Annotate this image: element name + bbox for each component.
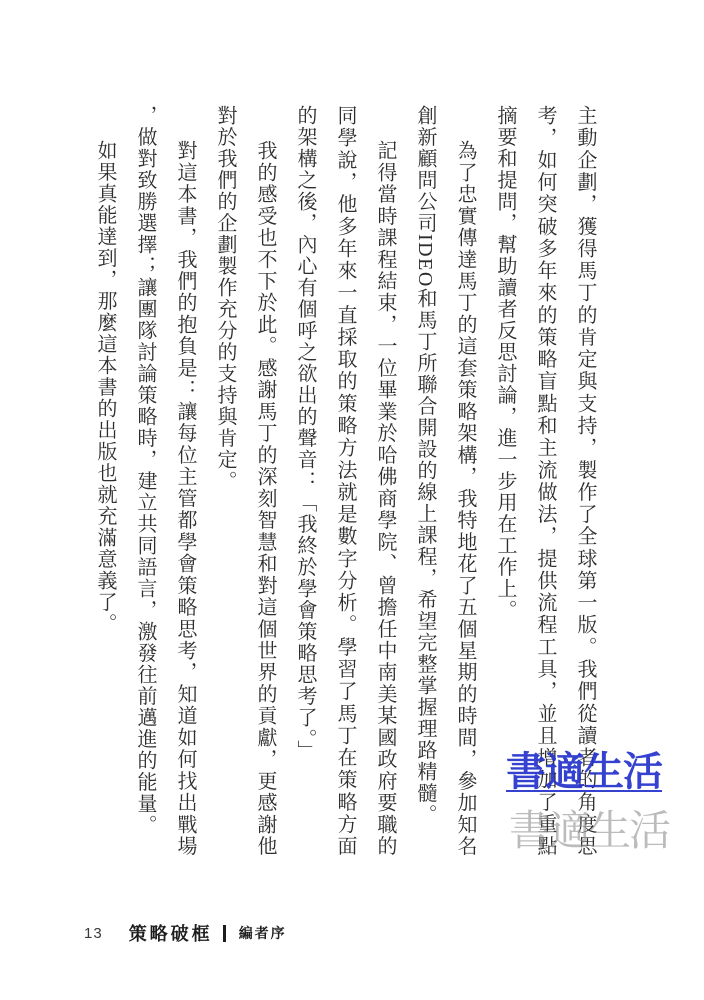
section-title: 編者序	[239, 923, 287, 943]
paragraph: 我的感受也不下於此。感謝馬丁的深刻智慧和對這個世界的貢獻，更感謝他對於我們的企劃…	[205, 105, 285, 857]
paragraph: 主動企劃，獲得馬丁的肯定與支持，製作了全球第一版。我們從讀者的角度思考，如何突破…	[485, 105, 605, 857]
paragraph: 記得當時課程結束，一位畢業於哈佛商學院、曾擔任中南美某國政府要職的同學說，他多年…	[285, 105, 405, 857]
footer: 13 策略破框 編者序	[84, 920, 287, 946]
preface-text: 主動企劃，獲得馬丁的肯定與支持，製作了全球第一版。我們從讀者的角度思考，如何突破…	[85, 105, 605, 857]
paragraph: 為了忠實傳達馬丁的這套策略架構，我特地花了五個星期的時間，參加知名創新顧問公司I…	[405, 105, 485, 857]
book-title: 策略破框	[129, 920, 213, 946]
book-page: 主動企劃，獲得馬丁的肯定與支持，製作了全球第一版。我們從讀者的角度思考，如何突破…	[0, 0, 704, 1000]
footer-divider	[223, 925, 226, 942]
page-number: 13	[84, 925, 103, 942]
paragraph: 如果真能達到，那麼這本書的出版也就充滿意義了。	[85, 105, 125, 857]
paragraph: 對這本書，我們的抱負是：讓每位主管都學會策略思考，知道如何找出戰場，做對致勝選擇…	[125, 105, 205, 857]
